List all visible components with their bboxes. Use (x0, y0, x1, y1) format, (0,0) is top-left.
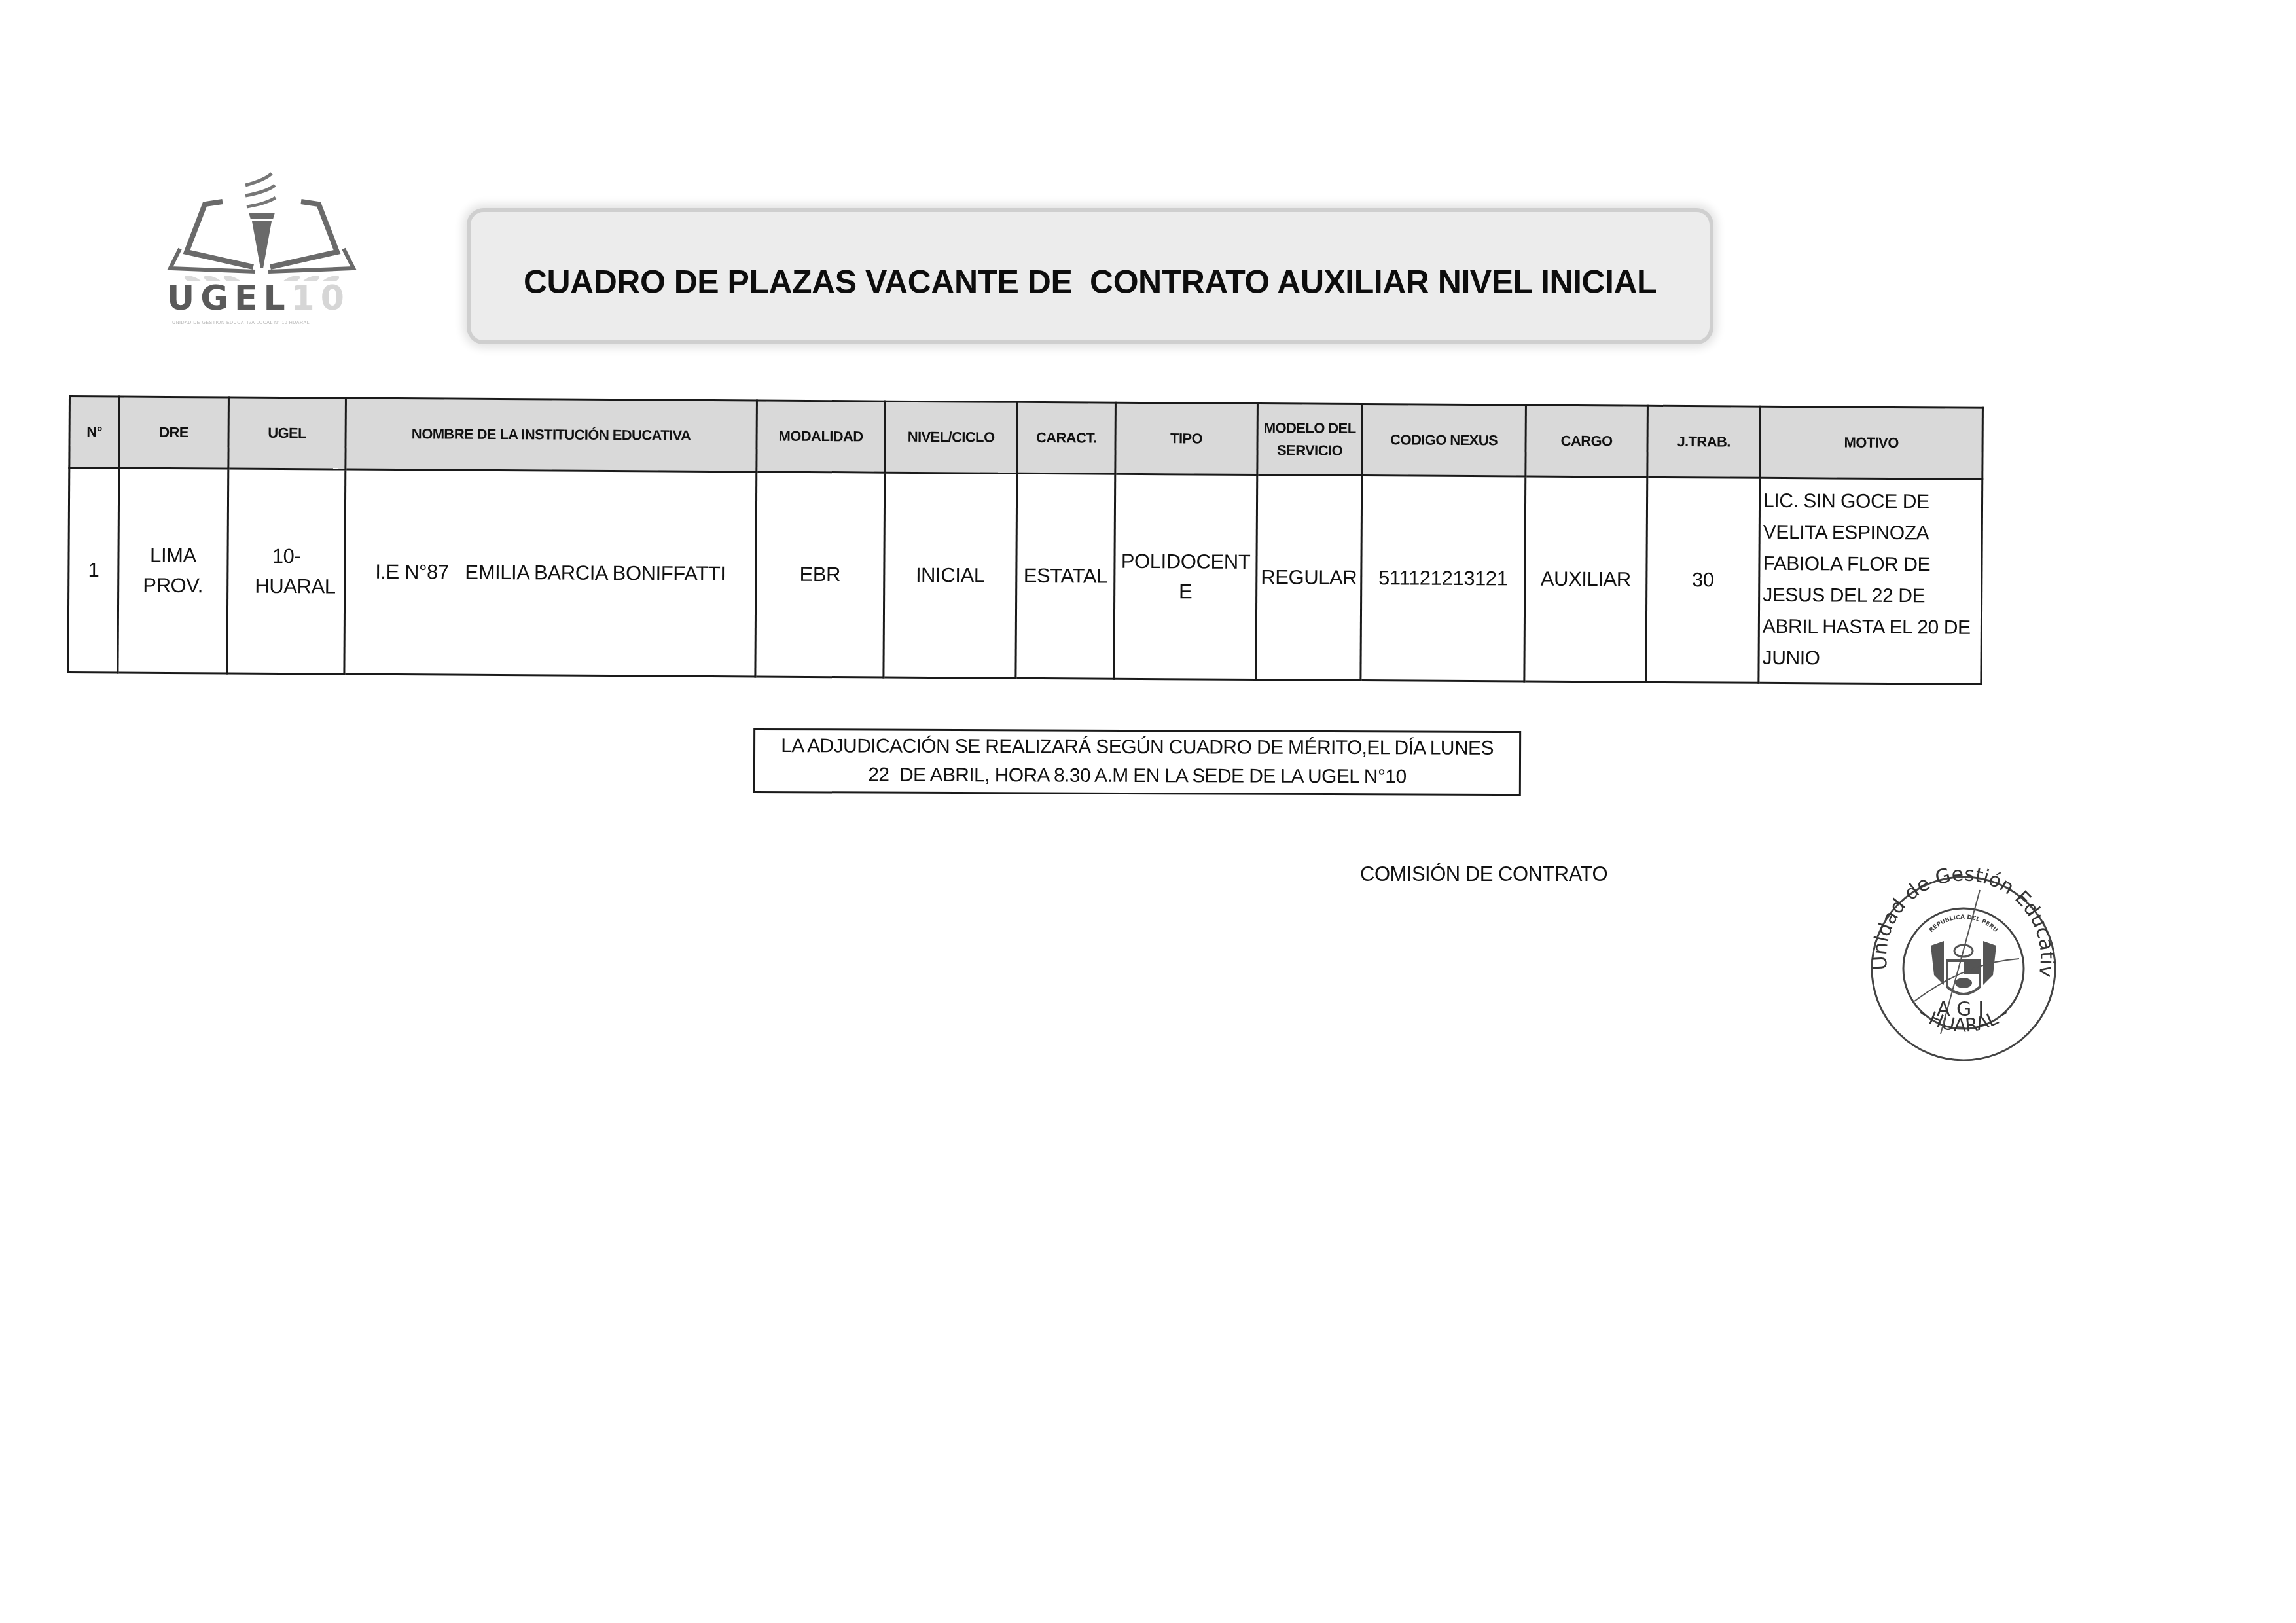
col-header-dre: DRE (119, 397, 229, 469)
col-header-motivo: MOTIVO (1760, 406, 1983, 479)
official-stamp: Unidad de Gestión Educativa Local N° 10 … (1862, 864, 2065, 1067)
cell-tipo: POLIDOCENTE (1114, 474, 1257, 679)
svg-text:REPUBLICA DEL PERU: REPUBLICA DEL PERU (1928, 914, 1999, 934)
adjudication-notice: LA ADJUDICACIÓN SE REALIZARÁ SEGÚN CUADR… (753, 728, 1521, 796)
col-header-cargo: CARGO (1526, 405, 1648, 477)
open-book-torch-icon (167, 164, 357, 281)
cell-nivel: INICIAL (884, 473, 1017, 678)
col-header-modalidad: MODALIDAD (757, 401, 886, 473)
ugel-logo: UGEL10 UNIDAD DE GESTIÓN EDUCATIVA LOCAL… (167, 164, 357, 334)
cell-codigo-nexus: 511121213121 (1361, 476, 1526, 682)
cell-nombre: I.E N°87 EMILIA BARCIA BONIFFATTI (344, 469, 757, 677)
col-header-modelo: MODELO DEL SERVICIO (1257, 404, 1363, 476)
page-title: CUADRO DE PLAZAS VACANTE DE CONTRATO AUX… (471, 212, 1710, 340)
title-banner: CUADRO DE PLAZAS VACANTE DE CONTRATO AUX… (467, 208, 1713, 344)
col-header-nombre: NOMBRE DE LA INSTITUCIÓN EDUCATIVA (346, 398, 757, 472)
table-header-row: N° DRE UGEL NOMBRE DE LA INSTITUCIÓN EDU… (69, 397, 1983, 480)
notice-line-1: LA ADJUDICACIÓN SE REALIZARÁ SEGÚN CUADR… (755, 732, 1519, 763)
cell-modelo: REGULAR (1256, 475, 1362, 681)
notice-line-2: 22 DE ABRIL, HORA 8.30 A.M EN LA SEDE DE… (755, 760, 1519, 792)
col-header-nivel: NIVEL/CICLO (885, 401, 1018, 473)
cell-n: 1 (68, 468, 119, 673)
col-header-caract: CARACT. (1017, 402, 1116, 474)
cell-motivo: LIC. SIN GOCE DE VELITA ESPINOZA FABIOLA… (1759, 478, 1982, 684)
col-header-tipo: TIPO (1115, 402, 1258, 474)
cell-jtrab: 30 (1646, 477, 1760, 683)
col-header-ugel: UGEL (228, 397, 346, 469)
table-row: 1 LIMA PROV. 10- HUARAL I.E N°87 EMILIA … (68, 468, 1982, 685)
logo-subtitle: UNIDAD DE GESTIÓN EDUCATIVA LOCAL N° 10 … (172, 321, 355, 325)
vacancies-table: N° DRE UGEL NOMBRE DE LA INSTITUCIÓN EDU… (67, 395, 1981, 679)
col-header-jtrab: J.TRAB. (1647, 406, 1761, 478)
cell-ugel: 10- HUARAL (227, 469, 346, 674)
svg-text:AGI: AGI (1937, 998, 1990, 1021)
logo-wordmark: UGEL10 (167, 279, 357, 318)
col-header-n: N° (69, 397, 120, 468)
cell-modalidad: EBR (755, 472, 885, 677)
peru-coat-of-arms-icon: Unidad de Gestión Educativa Local N° 10 … (1862, 864, 2065, 1067)
cell-dre: LIMA PROV. (118, 468, 228, 673)
cell-caract: ESTATAL (1016, 473, 1115, 679)
commission-signature-label: COMISIÓN DE CONTRATO (1360, 863, 1607, 886)
cell-cargo: AUXILIAR (1524, 476, 1647, 682)
col-header-codigo-nexus: CODIGO NEXUS (1362, 404, 1526, 477)
